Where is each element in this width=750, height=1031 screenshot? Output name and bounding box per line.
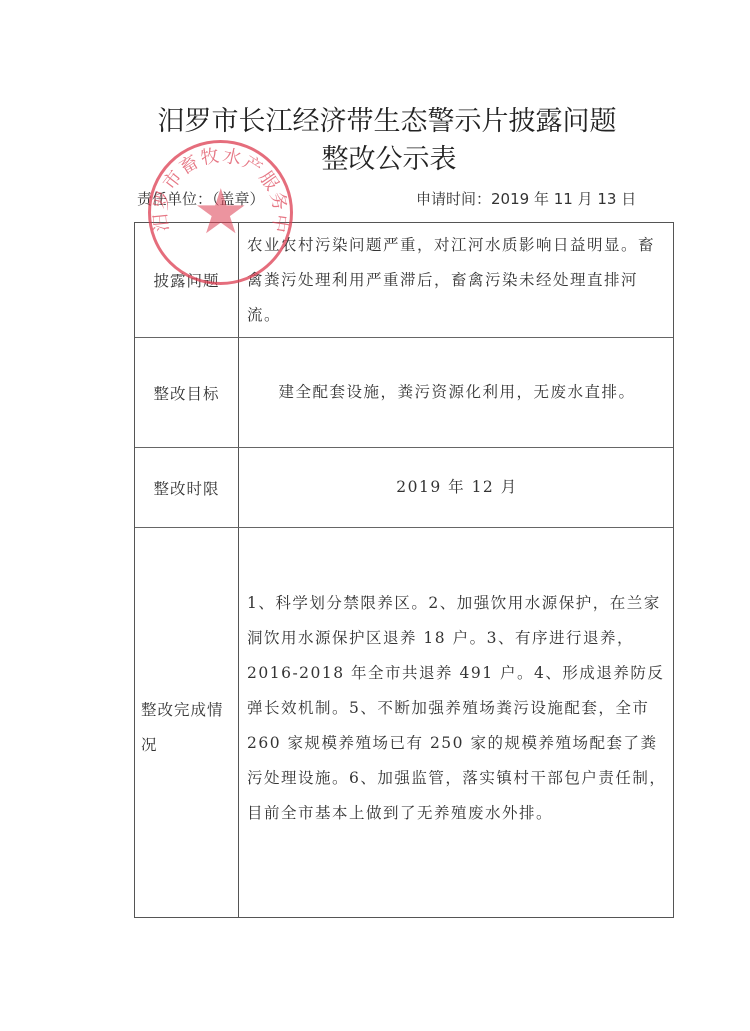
row-content-text: 2019 年 12 月 <box>388 470 523 505</box>
application-time: 申请时间：2019 年 11 月 13 日 <box>416 188 636 209</box>
row-content: 1、科学划分禁限养区。2、加强饮用水源保护，在兰家洞饮用水源保护区退养 18 户… <box>239 528 673 917</box>
table-row-disclosed-issue: 披露问题 农业农村污染问题严重，对江河水质影响日益明显。畜禽粪污处理利用严重滞后… <box>135 223 673 338</box>
row-label: 整改完成情况 <box>135 528 239 917</box>
row-content: 农业农村污染问题严重，对江河水质影响日益明显。畜禽粪污处理利用严重滞后，畜禽污染… <box>239 223 673 337</box>
table-row-deadline: 整改时限 2019 年 12 月 <box>135 448 673 528</box>
rectification-table: 披露问题 农业农村污染问题严重，对江河水质影响日益明显。畜禽粪污处理利用严重滞后… <box>134 222 674 918</box>
table-row-rectification-goal: 整改目标 建全配套设施，粪污资源化利用，无废水直排。 <box>135 338 673 448</box>
row-label: 整改目标 <box>135 338 239 447</box>
document-title-line2: 整改公示表 <box>14 137 750 176</box>
responsible-unit-label: 责任单位：（盖章） <box>137 188 265 209</box>
document-title-line1: 汨罗市长江经济带生态警示片披露问题 <box>12 99 750 138</box>
row-content-text: 1、科学划分禁限养区。2、加强饮用水源保护，在兰家洞饮用水源保护区退养 18 户… <box>239 586 673 831</box>
row-content-text: 农业农村污染问题严重，对江河水质影响日益明显。畜禽粪污处理利用严重滞后，畜禽污染… <box>239 228 673 333</box>
row-content-text: 建全配套设施，粪污资源化利用，无废水直排。 <box>270 375 641 410</box>
row-content: 建全配套设施，粪污资源化利用，无废水直排。 <box>239 338 673 447</box>
row-content: 2019 年 12 月 <box>239 448 673 527</box>
row-label: 整改时限 <box>135 448 239 527</box>
row-label: 披露问题 <box>135 223 239 337</box>
table-row-completion-status: 整改完成情况 1、科学划分禁限养区。2、加强饮用水源保护，在兰家洞饮用水源保护区… <box>135 528 673 917</box>
